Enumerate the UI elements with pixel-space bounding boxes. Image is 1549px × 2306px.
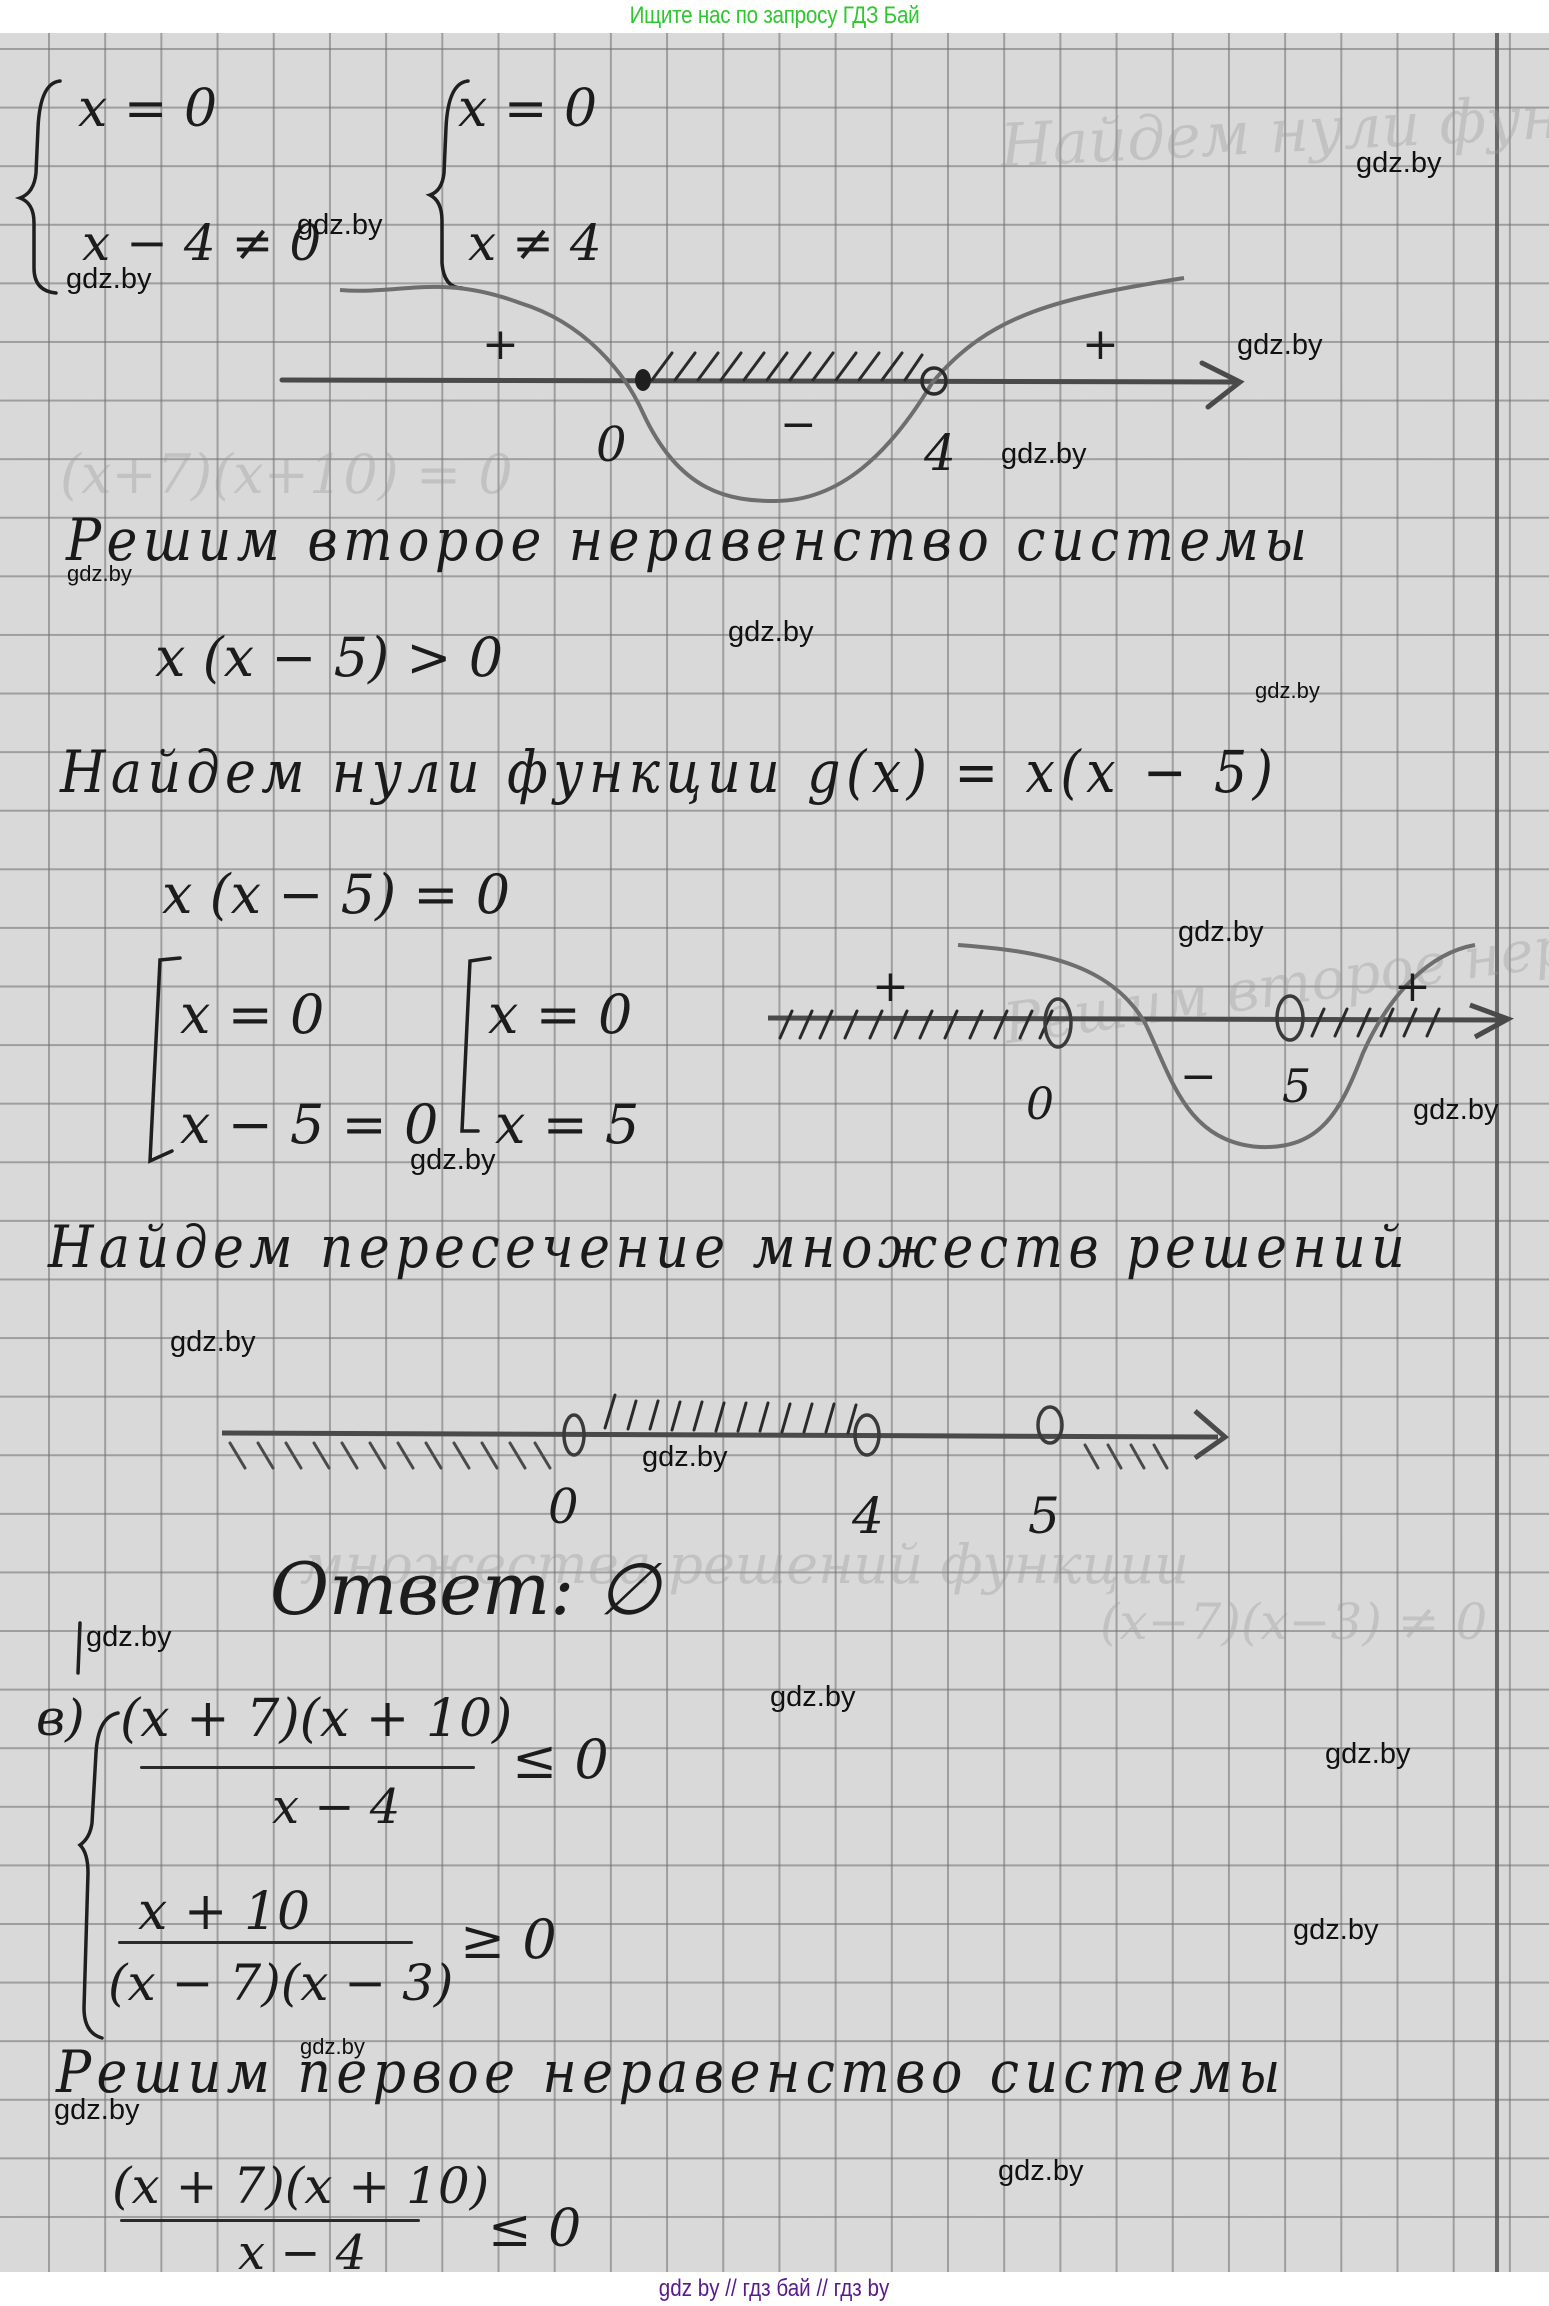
watermark: gdz.by xyxy=(1325,1740,1410,1769)
arrow-head-icon xyxy=(1470,1005,1508,1037)
number-line-axis xyxy=(222,1433,1218,1437)
ineq1-denominator: x − 4 xyxy=(272,1783,400,1831)
watermark: gdz.by xyxy=(1237,331,1322,360)
system-brace xyxy=(20,81,60,293)
watermark: gdz.by xyxy=(728,618,813,647)
ineq2-numerator: x + 10 xyxy=(138,1886,310,1938)
sign-plus: + xyxy=(1082,323,1119,367)
number-line-axis xyxy=(768,1018,1505,1020)
watermark: gdz.by xyxy=(998,2157,1083,2186)
open-point-4 xyxy=(855,1415,879,1455)
answer: Ответ: ∅ xyxy=(270,1553,660,1625)
bleed-through-text: Найдем нули функции xyxy=(999,74,1549,181)
ineq-repeat-relation: ≤ 0 xyxy=(488,2203,581,2255)
ineq-repeat-denominator: x − 4 xyxy=(238,2229,366,2272)
set-b-eq2: x = 5 xyxy=(495,1098,639,1152)
ineq1-numerator: (x + 7)(x + 10) xyxy=(120,1693,512,1745)
open-point-4 xyxy=(922,368,946,394)
ineq1-relation: ≤ 0 xyxy=(512,1733,609,1787)
point-label-0: 0 xyxy=(548,1483,579,1531)
hatching xyxy=(652,353,922,380)
watermark: gdz.by xyxy=(1255,680,1320,702)
watermark: gdz.by xyxy=(410,1146,495,1175)
watermark: gdz.by xyxy=(770,1683,855,1712)
watermark: gdz.by xyxy=(1178,918,1263,947)
arrow-head-icon xyxy=(1195,1411,1225,1458)
set-a-eq1: x = 0 xyxy=(180,988,324,1042)
watermark: gdz.by xyxy=(66,265,151,294)
sign-plus: + xyxy=(872,965,909,1009)
sign-plus: + xyxy=(482,323,519,367)
part-label-bracket xyxy=(78,1623,80,1673)
fraction-bar xyxy=(120,2219,420,2222)
fraction-bar xyxy=(140,1766,475,1769)
open-point-0 xyxy=(1045,999,1071,1047)
point-label-0: 0 xyxy=(1026,1083,1054,1127)
notebook-page: Найдем нули функции (x+7)(x+10) = 0 Реши… xyxy=(0,33,1549,2272)
ineq2-relation: ≥ 0 xyxy=(460,1913,557,1967)
open-point-5 xyxy=(1277,996,1303,1040)
ineq2-denominator: (x − 7)(x − 3) xyxy=(108,1958,453,2008)
point-label-5: 5 xyxy=(1028,1491,1060,1541)
set-a-eq2: x − 5 = 0 xyxy=(180,1098,438,1152)
bleed-through-text: (x−7)(x−3) ≠ 0 xyxy=(1100,1593,1487,1651)
watermark: gdz.by xyxy=(1356,149,1441,178)
open-point-5 xyxy=(1038,1407,1062,1443)
point-label-4: 4 xyxy=(924,428,956,478)
watermark: gdz.by xyxy=(1001,440,1086,469)
sign-minus: − xyxy=(1180,1055,1217,1099)
watermark: gdz.by xyxy=(1413,1096,1498,1125)
top-banner: Ищите нас по запросу ГДЗ Бай xyxy=(0,0,1549,33)
page-margin-line xyxy=(1495,33,1499,2272)
watermark: gdz.by xyxy=(1293,1916,1378,1945)
bleed-through-text: (x+7)(x+10) = 0 xyxy=(60,443,513,506)
watermark: gdz.by xyxy=(297,211,382,240)
point-label-5: 5 xyxy=(1282,1063,1311,1109)
watermark: gdz.by xyxy=(54,2096,139,2125)
hatching xyxy=(780,1009,1439,1038)
number-line-axis xyxy=(282,380,1238,382)
set-bracket xyxy=(150,958,180,1161)
system-a-eq2: x − 4 ≠ 0 xyxy=(82,218,321,268)
bottom-banner-text: gdz by // гдз бай // гдз by xyxy=(659,2275,890,2303)
arrow-head-icon xyxy=(1202,363,1240,407)
system-b-eq1: x = 0 xyxy=(458,83,597,135)
heading-solve-second: Решим второе неравенство системы xyxy=(66,511,1312,569)
watermark: gdz.by xyxy=(86,1623,171,1652)
system-a-eq1: x = 0 xyxy=(78,83,217,135)
watermark: gdz.by xyxy=(170,1328,255,1357)
sign-minus: − xyxy=(780,403,817,447)
watermark: gdz.by xyxy=(642,1443,727,1472)
heading-intersection: Найдем пересечение множеств решений xyxy=(48,1218,1410,1276)
system-b-eq2: x ≠ 4 xyxy=(468,218,602,268)
point-label-4: 4 xyxy=(852,1491,884,1541)
filled-point-0 xyxy=(635,369,651,391)
inequality-second: x (x − 5) > 0 xyxy=(155,631,503,685)
open-point-0 xyxy=(564,1415,584,1455)
heading-find-zeros: Найдем нули функции g(x) = x(x − 5) xyxy=(60,743,1278,801)
watermark: gdz.by xyxy=(300,2036,365,2058)
heading-solve-first: Решим первое неравенство системы xyxy=(56,2043,1286,2101)
top-banner-text: Ищите нас по запросу ГДЗ Бай xyxy=(630,2,920,30)
hatching xyxy=(605,1395,856,1433)
ineq-repeat-numerator: (x + 7)(x + 10) xyxy=(112,2161,489,2211)
sign-plus: + xyxy=(1394,965,1431,1009)
point-label-0: 0 xyxy=(596,421,627,469)
set-b-eq1: x = 0 xyxy=(488,988,632,1042)
part-label: в) xyxy=(36,1693,85,1743)
bleed-through-text: Решим второе неравенство xyxy=(1000,874,1549,1058)
fraction-bar xyxy=(118,1941,413,1944)
watermark: gdz.by xyxy=(67,563,132,585)
set-bracket xyxy=(462,958,490,1131)
bottom-banner: gdz by // гдз бай // гдз by xyxy=(0,2272,1549,2306)
zeros-equation: x (x − 5) = 0 xyxy=(162,868,510,922)
